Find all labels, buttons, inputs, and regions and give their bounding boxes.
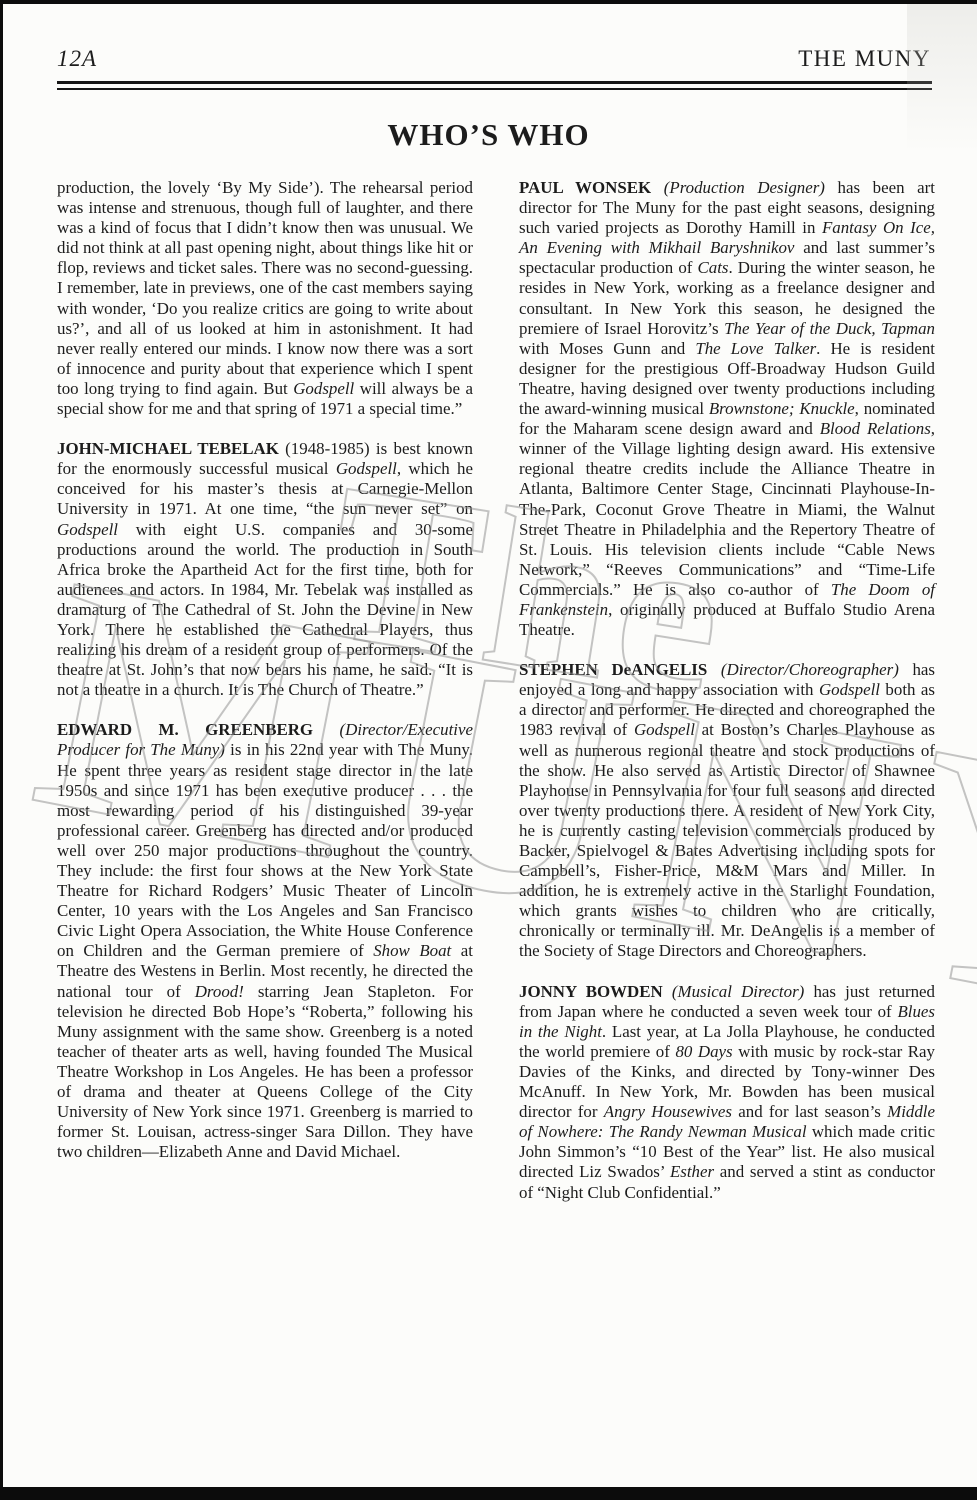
page-number: 12A [57,46,97,72]
bio-paragraph: PAUL WONSEK (Production Designer) has be… [519,178,935,640]
bio-paragraph: STEPHEN DeANGELIS (Director/Choreographe… [519,660,935,961]
bio-paragraph: JONNY BOWDEN (Musical Director) has just… [519,982,935,1203]
section-title: WHO’S WHO [0,117,977,153]
bio-columns: production, the lovely ‘By My Side’). Th… [57,178,935,1223]
page-edge-top [0,0,977,4]
bio-paragraph: JOHN-MICHAEL TEBELAK (1948-1985) is best… [57,439,473,700]
bio-paragraph: production, the lovely ‘By My Side’). Th… [57,178,473,419]
header-rule [57,81,932,90]
scan-corner-shade [907,4,977,154]
page-edge-bottom [0,1487,977,1500]
left-column: production, the lovely ‘By My Side’). Th… [57,178,473,1223]
page-edge-left [0,0,3,1500]
program-page: 12A THE MUNY WHO’S WHO production, the l… [0,0,977,1500]
header-rule-thin [57,88,932,90]
right-column: PAUL WONSEK (Production Designer) has be… [519,178,935,1223]
header-rule-thick [57,81,932,84]
bio-paragraph: EDWARD M. GREENBERG (Director/Executive … [57,720,473,1162]
page-header: 12A THE MUNY [57,0,931,72]
